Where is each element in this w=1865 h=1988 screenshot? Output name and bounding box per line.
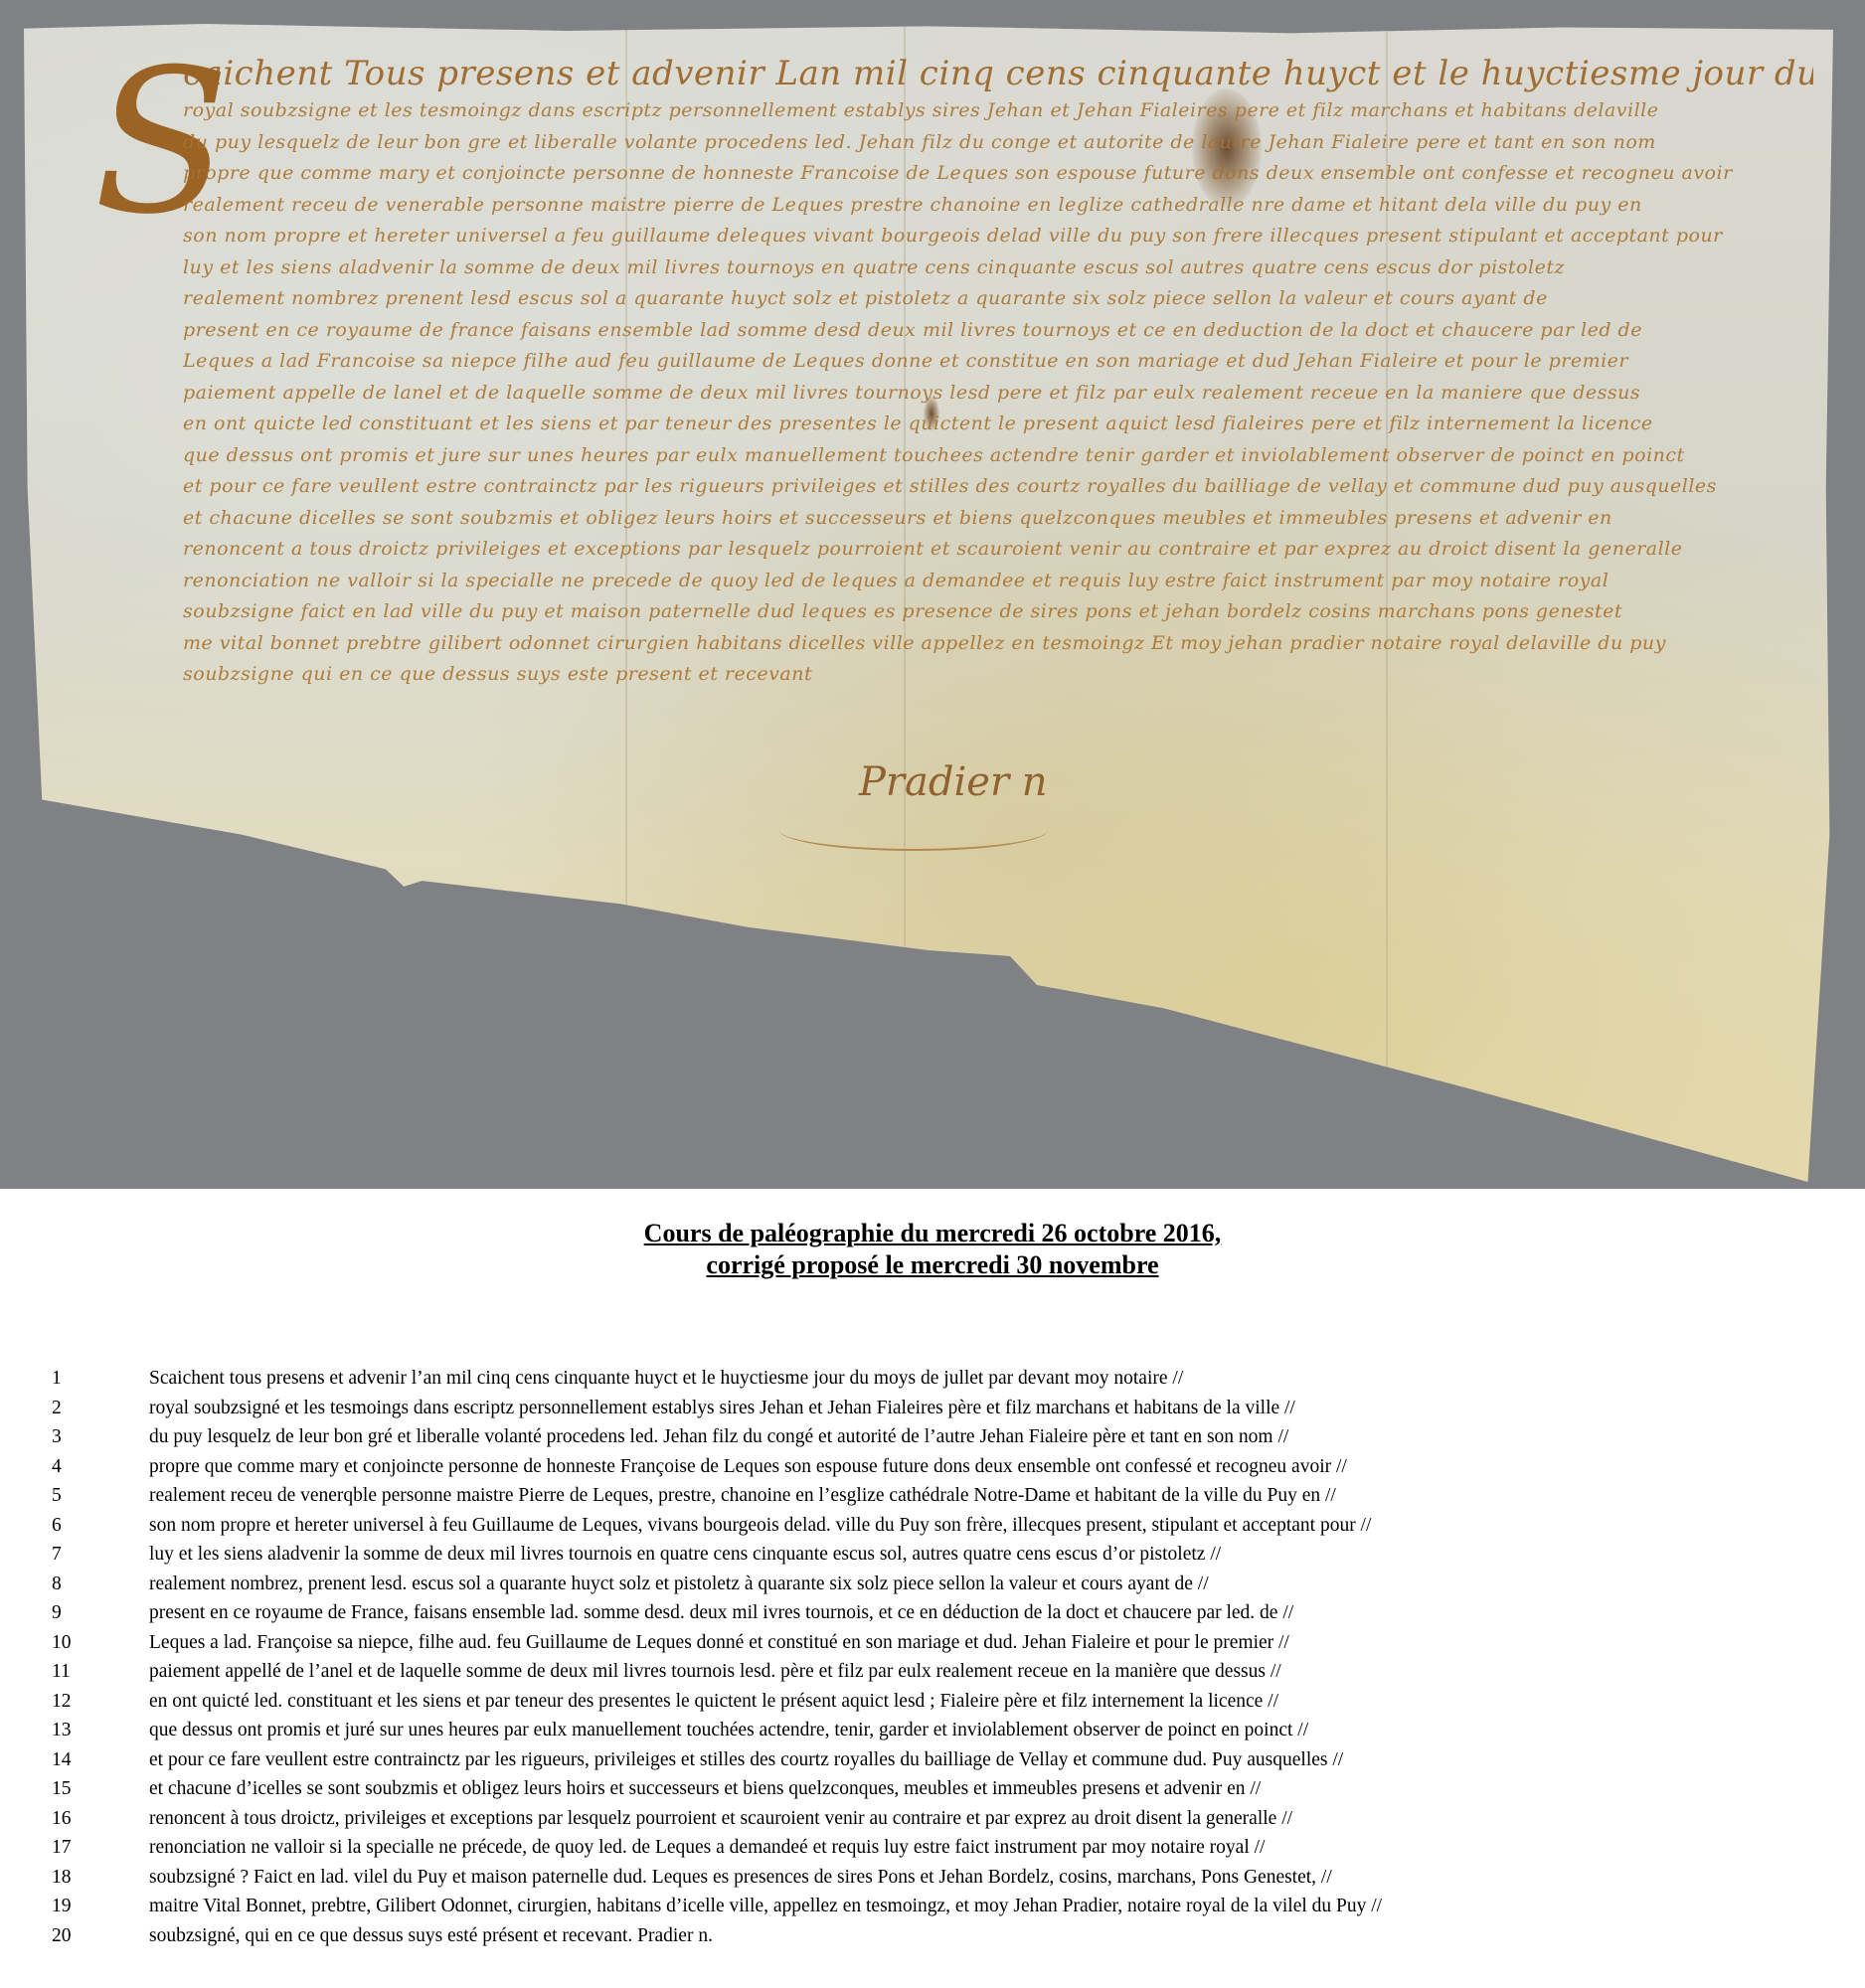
line-number: 13 (52, 1716, 91, 1745)
script-line: realement nombrez prenent lesd escus sol… (183, 283, 1813, 315)
transcription-list: 1Scaichent tous presens et advenir l’an … (0, 1364, 1865, 1950)
script-line: du puy lesquelz de leur bon gre et liber… (183, 127, 1813, 159)
line-number: 19 (52, 1892, 91, 1921)
parchment-sheet: S caichent Tous presens et advenir Lan m… (24, 24, 1833, 1182)
transcription-line: 13que dessus ont promis et juré sur unes… (0, 1716, 1865, 1745)
script-line: caichent Tous presens et advenir Lan mil… (183, 52, 1813, 95)
script-line: en ont quicte led constituant et les sie… (183, 409, 1813, 440)
line-number: 3 (52, 1422, 91, 1452)
transcription-line: 17renonciation ne valloir si la speciall… (0, 1833, 1865, 1863)
script-line: royal soubzsigne et les tesmoingz dans e… (183, 95, 1813, 127)
script-line: me vital bonnet prebtre gilibert odonnet… (183, 628, 1813, 660)
line-number: 1 (52, 1364, 91, 1394)
script-line: que dessus ont promis et jure sur unes h… (183, 440, 1813, 472)
line-text: son nom propre et hereter universel à fe… (149, 1511, 1371, 1541)
line-number: 18 (52, 1863, 91, 1893)
line-text: present en ce royaume de France, faisans… (149, 1598, 1293, 1628)
line-text: soubzsigné ? Faict en lad. vilel du Puy … (149, 1863, 1332, 1893)
script-line: soubzsigne faict en lad ville du puy et … (183, 596, 1813, 628)
line-number: 8 (52, 1570, 91, 1599)
transcription-line: 1Scaichent tous presens et advenir l’an … (0, 1364, 1865, 1394)
script-line: et pour ce fare veullent estre contrainc… (183, 471, 1813, 503)
line-number: 10 (52, 1628, 91, 1658)
transcription-line: 5realement receu de venerqble personne m… (0, 1481, 1865, 1511)
line-number: 14 (52, 1745, 91, 1775)
script-line: Leques a lad Francoise sa niepce filhe a… (183, 346, 1813, 378)
transcription-line: 3du puy lesquelz de leur bon gré et libe… (0, 1422, 1865, 1452)
script-line: son nom propre et hereter universel a fe… (183, 221, 1813, 252)
transcription-line: 16renoncent à tous droictz, privileiges … (0, 1804, 1865, 1834)
line-number: 11 (52, 1657, 91, 1687)
manuscript-handwriting: caichent Tous presens et advenir Lan mil… (183, 52, 1813, 691)
script-line: et chacune dicelles se sont soubzmis et … (183, 503, 1813, 535)
transcription-line: 19maitre Vital Bonnet, prebtre, Gilibert… (0, 1892, 1865, 1921)
transcription-line: 6son nom propre et hereter universel à f… (0, 1511, 1865, 1541)
line-text: Scaichent tous presens et advenir l’an m… (149, 1364, 1183, 1394)
line-text: Leques a lad. Françoise sa niepce, filhe… (149, 1628, 1289, 1658)
signature-flourish (779, 809, 1048, 851)
script-line: renoncent a tous droictz privileiges et … (183, 534, 1813, 566)
line-number: 15 (52, 1774, 91, 1804)
line-number: 5 (52, 1481, 91, 1511)
transcription-line: 7luy et les siens aladvenir la somme de … (0, 1540, 1865, 1570)
line-number: 7 (52, 1540, 91, 1570)
notary-signature: Pradier n (859, 759, 1048, 805)
line-text: et chacune d’icelles se sont soubzmis et… (149, 1774, 1261, 1804)
manuscript-photo: S caichent Tous presens et advenir Lan m… (0, 0, 1865, 1189)
course-heading: Cours de paléographie du mercredi 26 oct… (0, 1218, 1865, 1281)
line-text: renonciation ne valloir si la specialle … (149, 1833, 1265, 1863)
script-line: present en ce royaume de france faisans … (183, 315, 1813, 347)
line-text: et pour ce fare veullent estre contrainc… (149, 1745, 1343, 1775)
line-text: royal soubzsigné et les tesmoings dans e… (149, 1394, 1295, 1423)
line-number: 9 (52, 1598, 91, 1628)
line-text: realement receu de venerqble personne ma… (149, 1481, 1336, 1511)
transcription-line: 20soubzsigné, qui en ce que dessus suys … (0, 1921, 1865, 1951)
line-text: en ont quicté led. constituant et les si… (149, 1687, 1278, 1717)
script-line: renonciation ne valloir si la specialle … (183, 566, 1813, 597)
line-text: soubzsigné, qui en ce que dessus suys es… (149, 1921, 713, 1951)
line-text: paiement appellé de l’anel et de laquell… (149, 1657, 1281, 1687)
line-number: 6 (52, 1511, 91, 1541)
script-line: paiement appelle de lanel et de laquelle… (183, 378, 1813, 410)
line-number: 2 (52, 1394, 91, 1423)
line-text: luy et les siens aladvenir la somme de d… (149, 1540, 1221, 1570)
script-line: soubzsigne qui en ce que dessus suys est… (183, 659, 1813, 691)
transcription-line: 10Leques a lad. Françoise sa niepce, fil… (0, 1628, 1865, 1658)
line-text: renoncent à tous droictz, privileiges et… (149, 1804, 1292, 1834)
transcription-line: 4propre que comme mary et conjoincte per… (0, 1452, 1865, 1482)
line-number: 16 (52, 1804, 91, 1834)
transcription-line: 14et pour ce fare veullent estre contrai… (0, 1745, 1865, 1775)
transcription-line: 12en ont quicté led. constituant et les … (0, 1687, 1865, 1717)
line-text: propre que comme mary et conjoincte pers… (149, 1452, 1347, 1482)
line-number: 17 (52, 1833, 91, 1863)
transcription-line: 2royal soubzsigné et les tesmoings dans … (0, 1394, 1865, 1423)
line-text: du puy lesquelz de leur bon gré et liber… (149, 1422, 1288, 1452)
script-line: realement receu de venerable personne ma… (183, 190, 1813, 222)
heading-line-2: corrigé proposé le mercredi 30 novembre (0, 1249, 1865, 1281)
line-text: maitre Vital Bonnet, prebtre, Gilibert O… (149, 1892, 1382, 1921)
transcription-line: 15et chacune d’icelles se sont soubzmis … (0, 1774, 1865, 1804)
heading-line-1: Cours de paléographie du mercredi 26 oct… (0, 1218, 1865, 1249)
line-number: 20 (52, 1921, 91, 1951)
script-line: propre que comme mary et conjoincte pers… (183, 158, 1813, 190)
transcription-line: 8realement nombrez, prenent lesd. escus … (0, 1570, 1865, 1599)
line-number: 4 (52, 1452, 91, 1482)
line-text: que dessus ont promis et juré sur unes h… (149, 1716, 1308, 1745)
line-text: realement nombrez, prenent lesd. escus s… (149, 1570, 1209, 1599)
transcription-line: 9present en ce royaume de France, faisan… (0, 1598, 1865, 1628)
line-number: 12 (52, 1687, 91, 1717)
transcription-line: 11paiement appellé de l’anel et de laque… (0, 1657, 1865, 1687)
script-line: luy et les siens aladvenir la somme de d… (183, 252, 1813, 284)
transcription-line: 18soubzsigné ? Faict en lad. vilel du Pu… (0, 1863, 1865, 1893)
